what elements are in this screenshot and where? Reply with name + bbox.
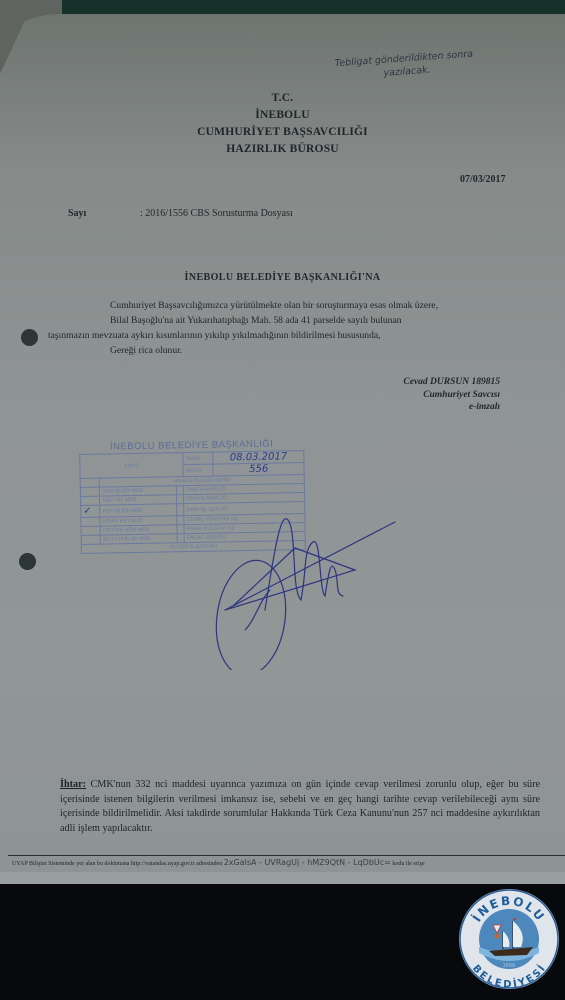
punch-hole	[19, 553, 36, 570]
header-institution: CUMHURİYET BAŞSAVCILIĞI	[0, 124, 565, 141]
sayi-label: Sayı	[68, 208, 86, 219]
signer-name: Cevad DURSUN 189815	[380, 376, 500, 389]
addressee: İNEBOLU BELEDİYE BAŞKANLIĞI'NA	[0, 272, 565, 283]
stamp-tarih-label: TARİH	[183, 452, 213, 465]
inebolu-municipality-logo: İNEBOLU BELEDİYESİ 1866	[457, 887, 561, 991]
body-line-2: Bilal Başoğlu'na ait Yukarıhatıpbağı Mah…	[78, 313, 510, 328]
footer-access-code: 2xGalsA - UVRagUj - hMZ9QtN - LqDbUc=	[224, 858, 391, 867]
warning-paragraph: İhtar: CMK'nun 332 nci maddesi uyarınca …	[60, 778, 540, 836]
document-header: T.C. İNEBOLU CUMHURİYET BAŞSAVCILIĞI HAZ…	[0, 90, 565, 158]
warning-text: CMK'nun 332 nci maddesi uyarınca yazımız…	[60, 779, 540, 834]
handwritten-signature	[185, 470, 425, 670]
punch-hole	[21, 329, 38, 346]
header-office: HAZIRLIK BÜROSU	[0, 141, 565, 158]
paper-bottom-edge	[0, 872, 565, 884]
header-city: İNEBOLU	[0, 107, 565, 124]
stamp-check-mark: ✓	[81, 505, 101, 517]
signer-block: Cevad DURSUN 189815 Cumhuriyet Savcısı e…	[380, 376, 500, 414]
footer-divider	[8, 855, 565, 856]
logo-year: 1866	[503, 963, 516, 969]
body-line-1: Cumhuriyet Başsavcılığımızca yürütülmekt…	[78, 298, 510, 313]
body-text: Cumhuriyet Başsavcılığımızca yürütülmekt…	[78, 298, 510, 358]
uyap-footer: UYAP Bilişim Sisteminde yer alan bu dokü…	[12, 858, 565, 867]
footer-text: UYAP Bilişim Sisteminde yer alan bu dokü…	[12, 861, 224, 867]
footer-suffix: kodu ile erişe	[391, 861, 425, 867]
signer-title: Cumhuriyet Savcısı	[380, 389, 500, 402]
body-line-4: Gereği rica olunur.	[78, 343, 510, 358]
stamp-kayit: KAYIT	[80, 453, 184, 479]
warning-label: İhtar:	[60, 779, 86, 790]
signer-sign-type: e-imzalı	[380, 401, 500, 414]
sayi-value: : 2016/1556 CBS Sorusturma Dosyası	[140, 208, 293, 219]
body-line-3: taşınmazın mevzuata aykırı kısımlarının …	[48, 328, 510, 343]
header-tc: T.C.	[0, 90, 565, 107]
document-date: 07/03/2017	[460, 174, 506, 185]
